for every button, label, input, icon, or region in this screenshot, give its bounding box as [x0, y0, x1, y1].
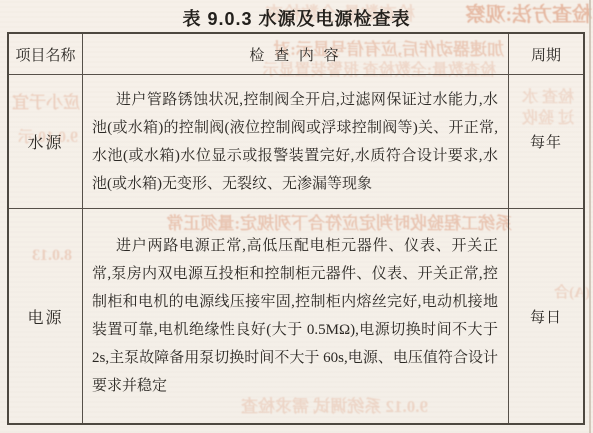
row-water-content-cell: 进户管路锈蚀状况,控制阀全开启,过滤网保证过水能力,水池(或水箱)的控制阀(液位… — [83, 75, 509, 209]
row-power-content: 进户两路电源正常,高低压配电柜元器件、仪表、开关正常,泵房内双电源互投柜和控制柜… — [92, 232, 498, 400]
inspection-table: 项目名称 检 查 内 容 周期 水源 进户管路锈蚀状况,控制阀全开启,过滤网保证… — [7, 32, 585, 425]
row-water-period: 每年 — [509, 75, 583, 209]
row-power-period: 每日 — [509, 209, 583, 423]
header-period: 周期 — [509, 34, 583, 75]
header-item-name: 项目名称 — [9, 34, 83, 75]
row-water-name: 水源 — [9, 75, 83, 209]
scanned-document-page: 检查方法:观察 检查数量:全数检查 加速器动作后,应有信号显示:对 检查数量:全… — [0, 0, 593, 433]
row-power-content-cell: 进户两路电源正常,高低压配电柜元器件、仪表、开关正常,泵房内双电源互投柜和控制柜… — [83, 209, 509, 423]
page-edge-line — [589, 0, 591, 433]
row-power-name: 电源 — [9, 209, 83, 423]
row-water-content: 进户管路锈蚀状况,控制阀全开启,过滤网保证过水能力,水池(或水箱)的控制阀(液位… — [92, 86, 498, 198]
header-inspection-content: 检 查 内 容 — [83, 34, 509, 75]
table-title: 表 9.0.3 水源及电源检查表 — [0, 5, 593, 31]
